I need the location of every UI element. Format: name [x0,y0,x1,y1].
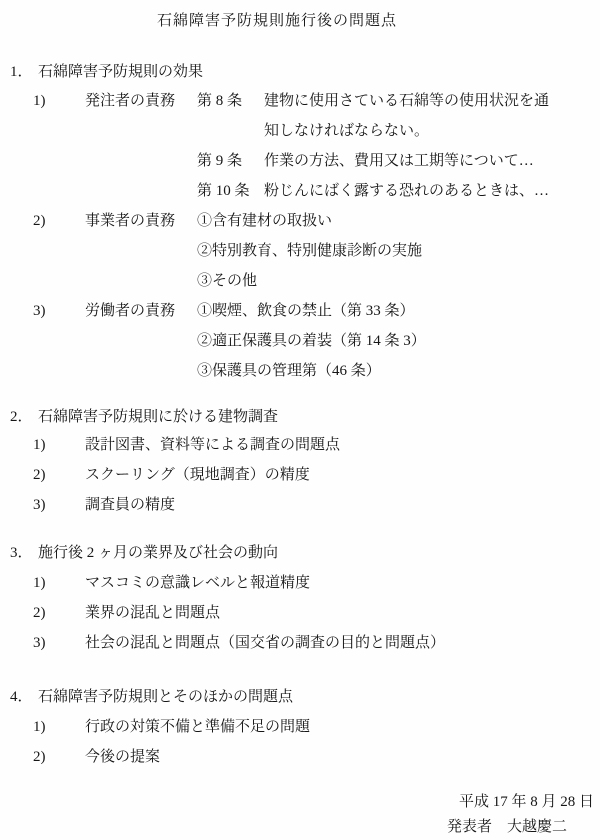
clause-term: 第 9 条 [197,151,242,171]
outline-line: 第 9 条 作業の方法、費用又は工期等について… [0,151,600,173]
outline-line: ②特別教育、特別健康診断の実施 [0,241,600,263]
detail-text: ②適正保護具の着装（第 14 条 3） [197,331,426,351]
section-2-heading-line: 2． 石綿障害予防規則に於ける建物調査 [0,407,600,429]
item-label: 設計図書、資料等による調査の問題点 [85,435,340,455]
detail-text: ③保護具の管理第（46 条） [197,361,381,381]
section-heading: 石綿障害予防規則の効果 [38,62,203,82]
item-label: スクーリング（現地調査）の精度 [85,465,310,485]
outline-line: 2) スクーリング（現地調査）の精度 [0,465,600,487]
outline-line: 知しなければならない。 [0,121,600,143]
outline-line: 1) 行政の対策不備と準備不足の問題 [0,717,600,739]
document-title: 石綿障害予防規則施行後の問題点 [157,11,397,31]
outline-line: 第 10 条 粉じんにばく露する恐れのあるときは、… [0,181,600,203]
outline-line: 3) 社会の混乱と問題点（国交省の調査の目的と問題点） [0,633,600,655]
section-3-heading-line: 3． 施行後 2 ヶ月の業界及び社会の動向 [0,543,600,565]
outline-line: 1) マスコミの意識レベルと報道精度 [0,573,600,595]
section-number: 1． [10,62,33,82]
item-label: 調査員の精度 [85,495,175,515]
section-number: 4． [10,687,33,707]
outline-line: ②適正保護具の着装（第 14 条 3） [0,331,600,353]
item-number: 1) [33,91,46,111]
item-number: 2) [33,211,46,231]
section-number: 2． [10,407,33,427]
detail-text: ③その他 [197,271,257,291]
outline-line: ③その他 [0,271,600,293]
footer-presenter: 発表者 大越慶二 [447,817,567,837]
item-label: 行政の対策不備と準備不足の問題 [85,717,310,737]
clause-text: 建物に使用さている石綿等の使用状況を通 [264,91,549,111]
detail-text: ①含有建材の取扱い [197,211,332,231]
item-number: 2) [33,747,46,767]
item-label: 事業者の責務 [85,211,175,231]
clause-text: 作業の方法、費用又は工期等について… [264,151,534,171]
item-number: 1) [33,435,46,455]
item-number: 3) [33,301,46,321]
outline-line: 3) 調査員の精度 [0,495,600,517]
item-number: 3) [33,633,46,653]
detail-text: ①喫煙、飲食の禁止（第 33 条） [197,301,415,321]
section-1-heading-line: 1． 石綿障害予防規則の効果 [0,62,600,84]
outline-line: 2) 業界の混乱と問題点 [0,603,600,625]
item-number: 1) [33,717,46,737]
section-number: 3． [10,543,33,563]
clause-text-continued: 知しなければならない。 [264,121,429,141]
item-label: 今後の提案 [85,747,160,767]
item-label: マスコミの意識レベルと報道精度 [85,573,310,593]
item-label: 発注者の責務 [85,91,175,111]
outline-line: 2) 事業者の責務 ①含有建材の取扱い [0,211,600,233]
footer-date: 平成 17 年 8 月 28 日 [459,792,594,812]
item-number: 2) [33,603,46,623]
item-number: 1) [33,573,46,593]
outline-line: ③保護具の管理第（46 条） [0,361,600,383]
outline-line: 1) 発注者の責務 第 8 条 建物に使用さている石綿等の使用状況を通 [0,91,600,113]
outline-line: 2) 今後の提案 [0,747,600,769]
title-line: 石綿障害予防規則施行後の問題点 [0,11,600,33]
item-label: 労働者の責務 [85,301,175,321]
section-4-heading-line: 4． 石綿障害予防規則とそのほかの問題点 [0,687,600,709]
document-page: 石綿障害予防規則施行後の問題点 1． 石綿障害予防規則の効果 1) 発注者の責務… [0,0,600,840]
outline-line: 1) 設計図書、資料等による調査の問題点 [0,435,600,457]
clause-term: 第 8 条 [197,91,242,111]
item-label: 業界の混乱と問題点 [85,603,220,623]
item-number: 2) [33,465,46,485]
section-heading: 石綿障害予防規則に於ける建物調査 [38,407,278,427]
item-label: 社会の混乱と問題点（国交省の調査の目的と問題点） [85,633,445,653]
section-heading: 石綿障害予防規則とそのほかの問題点 [38,687,293,707]
clause-text: 粉じんにばく露する恐れのあるときは、… [264,181,549,201]
clause-term: 第 10 条 [197,181,250,201]
outline-line: 3) 労働者の責務 ①喫煙、飲食の禁止（第 33 条） [0,301,600,323]
detail-text: ②特別教育、特別健康診断の実施 [197,241,422,261]
footer-date-line: 平成 17 年 8 月 28 日 [0,792,600,814]
footer-presenter-line: 発表者 大越慶二 [0,817,600,839]
section-heading: 施行後 2 ヶ月の業界及び社会の動向 [38,543,278,563]
item-number: 3) [33,495,46,515]
